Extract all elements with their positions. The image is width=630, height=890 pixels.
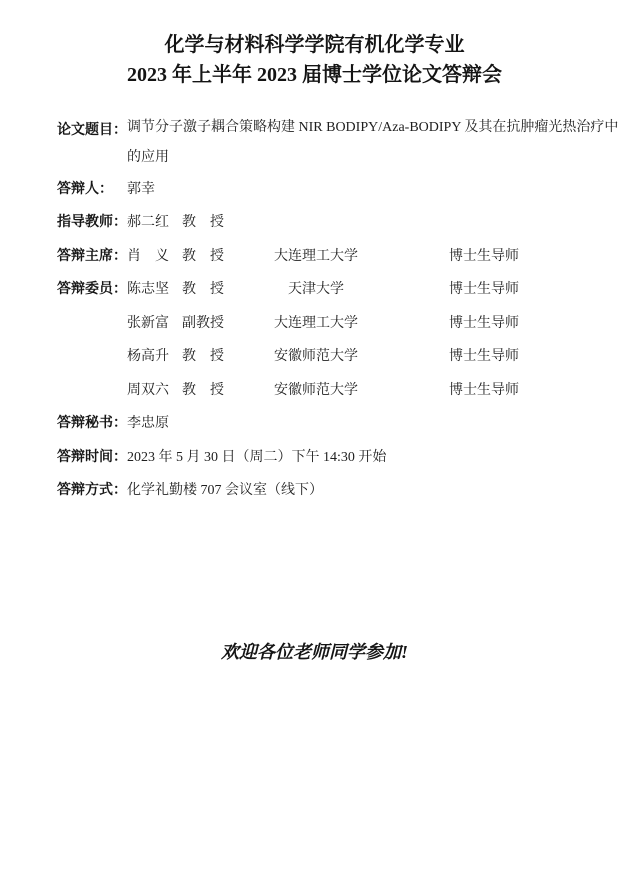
chair-label: 答辩主席： bbox=[57, 245, 127, 265]
secretary-value: 李忠原 bbox=[127, 412, 572, 432]
field-row-defender: 答辩人： 郭幸 bbox=[57, 171, 572, 205]
committee-member-name: 陈志坚 bbox=[127, 278, 182, 298]
committee-member-row: 张新富 副教授 大连理工大学 博士生导师 bbox=[57, 305, 572, 339]
committee-member-role: 博士生导师 bbox=[449, 278, 572, 298]
time-value: 2023 年 5 月 30 日（周二）下午 14:30 开始 bbox=[127, 446, 572, 466]
committee-member-university: 安徽师范大学 bbox=[240, 345, 392, 365]
document-title-line2: 2023 年上半年 2023 届博士学位论文答辩会 bbox=[57, 60, 572, 90]
field-row-thesis-title: 论文题目： 调节分子激子耦合策略构建 NIR BODIPY/Aza-BODIPY… bbox=[57, 111, 572, 171]
committee-member-row: 杨高升 教 授 安徽师范大学 博士生导师 bbox=[57, 339, 572, 373]
committee-label: 答辩委员： bbox=[57, 278, 127, 298]
advisor-title: 教 授 bbox=[182, 211, 240, 231]
method-label: 答辩方式： bbox=[57, 479, 127, 499]
committee-member-university: 安徽师范大学 bbox=[240, 379, 392, 399]
committee-member-university: 大连理工大学 bbox=[240, 312, 392, 332]
committee-member-title: 教 授 bbox=[182, 278, 240, 298]
chair-name: 肖 义 bbox=[127, 245, 182, 265]
document-title-line1: 化学与材料科学学院有机化学专业 bbox=[57, 30, 572, 60]
committee-member-role: 博士生导师 bbox=[449, 345, 572, 365]
committee-member-role: 博士生导师 bbox=[449, 312, 572, 332]
committee-member-row: 周双六 教 授 安徽师范大学 博士生导师 bbox=[57, 372, 572, 406]
method-value: 化学礼勤楼 707 会议室（线下） bbox=[127, 479, 572, 499]
chair-university: 大连理工大学 bbox=[240, 245, 392, 265]
committee-member-title: 教 授 bbox=[182, 345, 240, 365]
defender-label: 答辩人： bbox=[57, 178, 127, 198]
thesis-title-label: 论文题目： bbox=[57, 111, 127, 139]
thesis-title-value: 调节分子激子耦合策略构建 NIR BODIPY/Aza-BODIPY 及其在抗肿… bbox=[127, 111, 572, 173]
committee-member-name: 杨高升 bbox=[127, 345, 182, 365]
field-row-secretary: 答辩秘书： 李忠原 bbox=[57, 406, 572, 440]
chair-role: 博士生导师 bbox=[449, 245, 572, 265]
time-label: 答辩时间： bbox=[57, 446, 127, 466]
committee-member-university: 天津大学 bbox=[240, 278, 392, 298]
fields-section: 论文题目： 调节分子激子耦合策略构建 NIR BODIPY/Aza-BODIPY… bbox=[57, 111, 572, 506]
committee-member-role: 博士生导师 bbox=[449, 379, 572, 399]
committee-member-name: 周双六 bbox=[127, 379, 182, 399]
chair-title: 教 授 bbox=[182, 245, 240, 265]
committee-member-row: 答辩委员： 陈志坚 教 授 天津大学 博士生导师 bbox=[57, 272, 572, 306]
field-row-method: 答辩方式： 化学礼勤楼 707 会议室（线下） bbox=[57, 473, 572, 507]
field-row-chair: 答辩主席： 肖 义 教 授 大连理工大学 博士生导师 bbox=[57, 238, 572, 272]
welcome-message: 欢迎各位老师同学参加! bbox=[57, 641, 572, 663]
defender-value: 郭幸 bbox=[127, 178, 572, 198]
advisor-name: 郝二红 bbox=[127, 211, 182, 231]
committee-member-title: 副教授 bbox=[182, 312, 240, 332]
field-row-advisor: 指导教师： 郝二红 教 授 bbox=[57, 205, 572, 239]
committee-member-name: 张新富 bbox=[127, 312, 182, 332]
committee-member-title: 教 授 bbox=[182, 379, 240, 399]
advisor-label: 指导教师： bbox=[57, 211, 127, 231]
defense-announcement-page: 化学与材料科学学院有机化学专业 2023 年上半年 2023 届博士学位论文答辩… bbox=[0, 0, 630, 890]
field-row-time: 答辩时间： 2023 年 5 月 30 日（周二）下午 14:30 开始 bbox=[57, 439, 572, 473]
secretary-label: 答辩秘书： bbox=[57, 412, 127, 432]
